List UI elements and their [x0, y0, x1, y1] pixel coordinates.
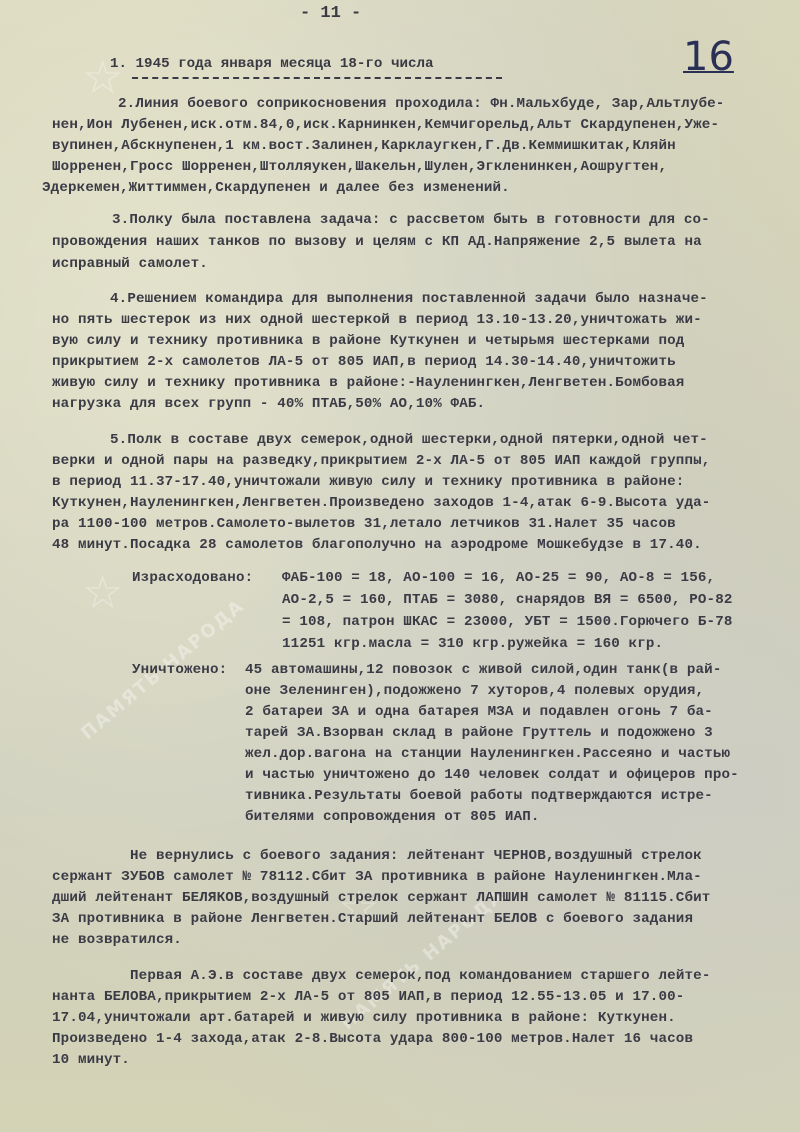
text-line: жел.дор.вагона на станции Науленингкен.Р… [245, 744, 730, 765]
text-line: Первая А.Э.в составе двух семерок,под ко… [130, 966, 710, 987]
text-line: Эдеркемен,Життиммен,Скардупенен и далее … [42, 178, 510, 199]
text-line: 10 минут. [52, 1050, 130, 1071]
text-line: тивника.Результаты боевой работы подтвер… [245, 786, 713, 807]
text-line: исправный самолет. [52, 254, 208, 275]
text-line: и частью уничтожено до 140 человек солда… [245, 765, 739, 786]
text-line: прикрытием 2-х самолетов ЛА-5 от 805 ИАП… [52, 352, 676, 373]
text-line: 17.04,уничтожали арт.батарей и живую сил… [52, 1008, 676, 1029]
text-line: провождения наших танков по вызову и цел… [52, 232, 702, 253]
text-line: сержант ЗУБОВ самолет № 78112.Сбит ЗА пр… [52, 867, 702, 888]
text-line: нагрузка для всех групп - 40% ПТАБ,50% А… [52, 394, 485, 415]
text-line: Произведено 1-4 захода,атак 2-8.Высота у… [52, 1029, 693, 1050]
text-line: но пять шестерок из них одной шестеркой … [52, 310, 702, 331]
text-line: вую силу и технику противника в районе К… [52, 331, 684, 352]
text-line: бителями сопровождения от 805 ИАП. [245, 807, 540, 828]
text-line: 3.Полку была поставлена задача: с рассве… [112, 210, 710, 231]
text-line: Не вернулись с боевого задания: лейтенан… [130, 846, 702, 867]
text-line: = 108, патрон ШКАС = 23000, УБТ = 1500.Г… [282, 612, 733, 633]
expenditure-label: Израсходовано: [132, 568, 253, 589]
text-line: 2 батареи ЗА и одна батарея МЗА и подавл… [245, 702, 713, 723]
text-line: дший лейтенант БЕЛЯКОВ,воздушный стрелок… [52, 888, 710, 909]
text-line: 45 автомашины,12 повозок с живой силой,о… [245, 660, 722, 681]
text-line: Шорренен,Гросс Шорренен,Штолляукен,Шакел… [52, 157, 667, 178]
document-heading: 1. 1945 года января месяца 18-го числа [110, 56, 434, 72]
text-line: вупинен,Абскнупенен,1 км.вост.Залинен,Ка… [52, 136, 676, 157]
text-line: Куткунен,Науленингкен,Ленгветен.Произвед… [52, 493, 710, 514]
text-line: 5.Полк в составе двух семерок,одной шест… [110, 430, 708, 451]
text-line: оне Зеленинген),подожжено 7 хуторов,4 по… [245, 681, 704, 702]
text-line: живую силу и технику противника в районе… [52, 373, 684, 394]
text-line: 4.Решением командира для выполнения пост… [110, 289, 708, 310]
text-line: тарей ЗА.Взорван склад в районе Груттель… [245, 723, 713, 744]
text-line: нанта БЕЛОВА,прикрытием 2-х ЛА-5 от 805 … [52, 987, 684, 1008]
text-line: ра 1100-100 метров.Самолето-вылетов 31,л… [52, 514, 676, 535]
page-number: - 11 - [300, 4, 361, 23]
heading-underline [132, 77, 502, 79]
star-watermark-icon: ☆ [82, 565, 123, 619]
text-line: АО-2,5 = 160, ПТАБ = 3080, снарядов ВЯ =… [282, 590, 733, 611]
text-line: в период 11.37-17.40,уничтожали живую си… [52, 472, 684, 493]
archive-sheet-number: 16 [683, 34, 734, 80]
text-line: нен,Ион Лубенен,иск.отм.84,0,иск.Карнинк… [52, 115, 719, 136]
text-line: верки и одной пары на разведку,прикрытие… [52, 451, 710, 472]
text-line: 2.Линия боевого соприкосновения проходил… [118, 94, 724, 115]
text-line: ЗА противника в районе Ленгветен.Старший… [52, 909, 693, 930]
text-line: 48 минут.Посадка 28 самолетов благополуч… [52, 535, 702, 556]
destroyed-label: Уничтожено: [132, 660, 227, 681]
text-line: 11251 кгр.масла = 310 кгр.ружейка = 160 … [282, 634, 663, 655]
text-line: ФАБ-100 = 18, АО-100 = 16, АО-25 = 90, А… [282, 568, 715, 589]
text-line: не возвратился. [52, 930, 182, 951]
